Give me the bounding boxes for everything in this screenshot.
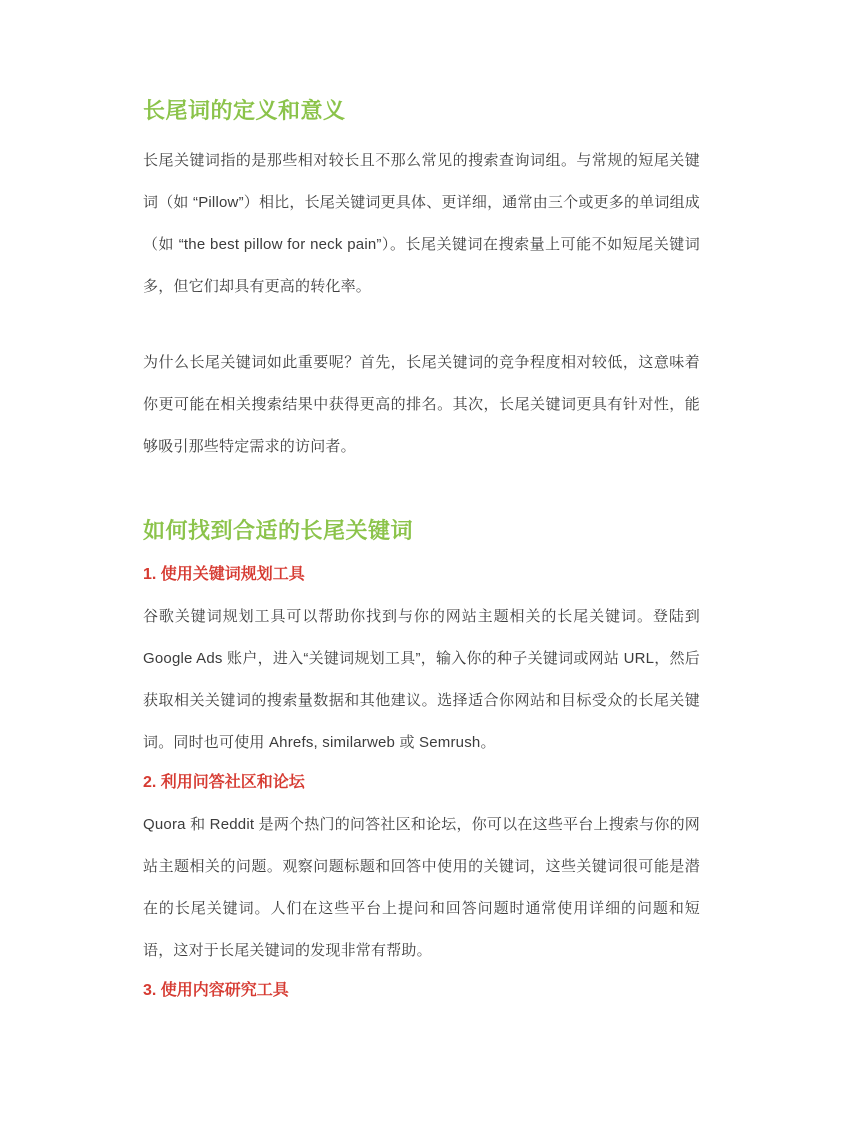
paragraph-keyword-planner: 谷歌关键词规划工具可以帮助你找到与你的网站主题相关的长尾关键词。登陆到 Goog… (143, 596, 700, 764)
section-heading-definition: 长尾词的定义和意义 (143, 96, 700, 126)
paragraph-definition-1: 长尾关键词指的是那些相对较长且不那么常见的搜索查询词组。与常规的短尾关键词（如 … (143, 140, 700, 308)
subsection-title-keyword-planner: 1. 使用关键词规划工具 (143, 562, 700, 588)
article-content: 长尾词的定义和意义 长尾关键词指的是那些相对较长且不那么常见的搜索查询词组。与常… (143, 0, 700, 1004)
document-page: 长尾词的定义和意义 长尾关键词指的是那些相对较长且不那么常见的搜索查询词组。与常… (0, 0, 841, 1122)
paragraph-qa-forums: Quora 和 Reddit 是两个热门的问答社区和论坛，你可以在这些平台上搜索… (143, 804, 700, 972)
section-heading-how-to-find: 如何找到合适的长尾关键词 (143, 516, 700, 546)
paragraph-definition-2: 为什么长尾关键词如此重要呢？首先，长尾关键词的竞争程度相对较低，这意味着你更可能… (143, 342, 700, 468)
subsection-title-content-research: 3. 使用内容研究工具 (143, 978, 700, 1004)
subsection-title-qa-forums: 2. 利用问答社区和论坛 (143, 770, 700, 796)
